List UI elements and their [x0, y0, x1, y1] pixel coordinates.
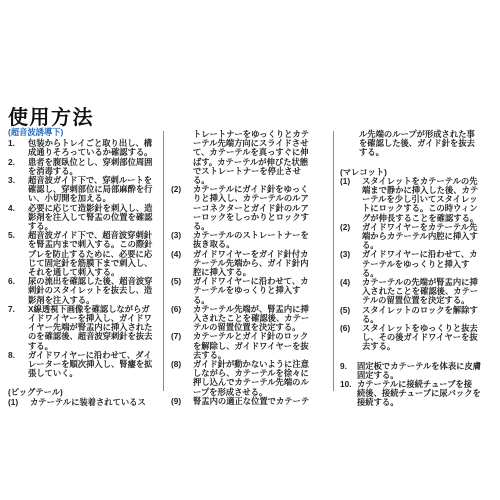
item-text: カテーテルに接続チューブを接 続後、接続チューブに尿バックを 接続する。 — [357, 380, 498, 408]
column-middle: トレートナーをゆっくりとカテ ーテル先端方向にスライドさせ て、カテーテルを真っ… — [171, 130, 329, 406]
continuation-text: ル先端のループが形成された事 を確認した後、ガイド針を抜去 する。 — [340, 130, 498, 158]
item-text: ガイドワイヤーに沿わせて、ダイ レーターを順次挿入し、腎瘻を拡 張していく。 — [28, 351, 166, 379]
instruction-item: (1) カテーテルに装着されているス — [8, 398, 166, 407]
item-text: 患者を腹臥位とし、穿刺部位周囲 を消毒する。 — [28, 158, 166, 176]
column-left: (超音波誘導下) 1. 包装からトレイごと取り出し、構 成通りそろっているか確認… — [8, 128, 166, 407]
item-text: ガイドワイヤーに沿わせて、カ テーテルをゆっくりと挿入す る。 — [193, 277, 329, 305]
item-number: (3) — [171, 231, 193, 240]
item-text: カテーテルにガイド針をゆっく りと挿入し、カテーテルのルア ーコネクターとガイド… — [193, 185, 329, 231]
item-number: 6. — [8, 277, 28, 286]
item-text: スタイレットをカテーテルの先 端まで静かに挿入した後、カテ ーテルを少し引いてス… — [362, 177, 498, 223]
instruction-item: 2. 患者を腹臥位とし、穿刺部位周囲 を消毒する。 — [8, 158, 166, 176]
item-number: (5) — [340, 306, 362, 315]
item-number: (1) — [8, 398, 30, 407]
item-number: 2. — [8, 158, 28, 167]
instruction-item: (3) ガイドワイヤーに沿わせて、カ テーテルをゆっくりと挿入す る。 — [340, 250, 498, 278]
item-text: 固定板でカテーテルを体表に皮膚 固定する。 — [357, 362, 498, 380]
item-number: 5. — [8, 231, 28, 240]
item-number: 3. — [8, 176, 28, 185]
item-text: 腎盂内の適正な位置でカテーテ — [193, 397, 329, 406]
instruction-item: (3) カテーテルのストレートナーを 抜き取る。 — [171, 231, 329, 249]
instruction-item: 5. 超音波ガイド下で、超音波穿刺針 を腎盂内まで刺入する。この際針 ブレを防止… — [8, 231, 166, 277]
instruction-item: (7) カテーテルとガイド針のロック を解除し、ガイドワイヤーを抜 去する。 — [171, 332, 329, 360]
instruction-item: (6) スタイレットをゆっくりと抜去 し、その後ガイドワイヤーを抜 去する。 — [340, 324, 498, 352]
item-text: 超音波ガイド下で、超音波穿刺針 を腎盂内まで刺入する。この際針 ブレを防止するた… — [28, 231, 166, 277]
item-number: (4) — [340, 278, 362, 287]
item-number: (2) — [171, 185, 193, 194]
item-text: ガイドワイヤーをカテーテル先 端からカテーテル内腔に挿入す る。 — [362, 223, 498, 251]
instruction-item: (9) 腎盂内の適正な位置でカテーテ — [171, 397, 329, 406]
instruction-item: 10. カテーテルに接続チューブを接 続後、接続チューブに尿バックを 接続する。 — [340, 380, 498, 408]
page-title: 使用方法 — [8, 101, 94, 130]
item-text: 必要に応じて造影針を刺入し、造 影剤を注入して腎盂の位置を確認 する。 — [28, 204, 166, 232]
item-text: スタイレットをゆっくりと抜去 し、その後ガイドワイヤーを抜 去する。 — [362, 324, 498, 352]
item-text: カテーテルのストレートナーを 抜き取る。 — [193, 231, 329, 249]
item-text: ガイド針が動かないように注意 しながら、カテーテルを徐々に 押し込んでカテーテル… — [193, 360, 329, 397]
column-divider-right — [333, 131, 334, 391]
item-text: ガイドワイヤーに沿わせて、カ テーテルをゆっくりと挿入す る。 — [362, 250, 498, 278]
item-number: (6) — [171, 305, 193, 314]
section-heading-ultrasound: (超音波誘導下) — [8, 128, 166, 137]
instruction-item: 7. X線透視下画像を確認しながらガ イドワイヤーを挿入し、ガイドワ イヤー先端… — [8, 305, 166, 351]
item-text: 尿の流出を確認した後、超音波穿 刺針のスタイレットを抜去し、造 影剤を注入する。 — [28, 277, 166, 305]
instruction-item: 8. ガイドワイヤーに沿わせて、ダイ レーターを順次挿入し、腎瘻を拡 張していく… — [8, 351, 166, 379]
item-text: スタイレットのロックを解除す る。 — [362, 306, 498, 324]
item-number: (6) — [340, 324, 362, 333]
item-number: 7. — [8, 305, 28, 314]
item-number: (9) — [171, 397, 193, 406]
item-number: (8) — [171, 360, 193, 369]
instruction-item: 6. 尿の流出を確認した後、超音波穿 刺針のスタイレットを抜去し、造 影剤を注入… — [8, 277, 166, 305]
item-number: 1. — [8, 139, 28, 148]
instruction-item: (4) カテーテルの先端が腎盂内に挿 入されたことを確認後、カテー テルの留置位… — [340, 278, 498, 306]
final-steps: 9. 固定板でカテーテルを体表に皮膚 固定する。 10. カテーテルに接続チュー… — [340, 362, 498, 408]
item-text: カテーテルの先端が腎盂内に挿 入されたことを確認後、カテー テルの留置位置を決定… — [362, 278, 498, 306]
instruction-item: (1) スタイレットをカテーテルの先 端まで静かに挿入した後、カテ ーテルを少し… — [340, 177, 498, 223]
instruction-item: (4) ガイドワイヤーをガイド針付カ テーテル先端から、ガイド針内 腔に挿入する… — [171, 250, 329, 278]
item-number: 8. — [8, 351, 28, 360]
item-text: ガイドワイヤーをガイド針付カ テーテル先端から、ガイド針内 腔に挿入する。 — [193, 250, 329, 278]
item-number: (3) — [340, 250, 362, 259]
instruction-item: 3. 超音波ガイド下で、穿刺ルートを 確認し、穿刺部位に局部麻酔を行 い、小切開… — [8, 176, 166, 204]
item-number: (1) — [340, 177, 362, 186]
item-text: X線透視下画像を確認しながらガ イドワイヤーを挿入し、ガイドワ イヤー先端が腎盂… — [28, 305, 166, 351]
instruction-item: 1. 包装からトレイごと取り出し、構 成通りそろっているか確認する。 — [8, 139, 166, 157]
instruction-item: 9. 固定板でカテーテルを体表に皮膚 固定する。 — [340, 362, 498, 380]
instruction-item: (2) ガイドワイヤーをカテーテル先 端からカテーテル内腔に挿入す る。 — [340, 223, 498, 251]
instruction-item: (2) カテーテルにガイド針をゆっく りと挿入し、カテーテルのルア ーコネクター… — [171, 185, 329, 231]
document-page: 使用方法 (超音波誘導下) 1. 包装からトレイごと取り出し、構 成通りそろって… — [0, 0, 500, 500]
item-number: 10. — [340, 380, 357, 389]
item-number: 4. — [8, 204, 28, 213]
instruction-item: (5) ガイドワイヤーに沿わせて、カ テーテルをゆっくりと挿入す る。 — [171, 277, 329, 305]
item-number: (2) — [340, 223, 362, 232]
item-text: 超音波ガイド下で、穿刺ルートを 確認し、穿刺部位に局部麻酔を行 い、小切開を加え… — [28, 176, 166, 204]
item-text: カテーテルとガイド針のロック を解除し、ガイドワイヤーを抜 去する。 — [193, 332, 329, 360]
item-number: 9. — [340, 362, 357, 371]
item-number: (7) — [171, 332, 193, 341]
item-number: (5) — [171, 277, 193, 286]
item-text: カテーテルに装着されているス — [30, 398, 166, 407]
instruction-item: (8) ガイド針が動かないように注意 しながら、カテーテルを徐々に 押し込んでカ… — [171, 360, 329, 397]
continuation-text: トレートナーをゆっくりとカテ ーテル先端方向にスライドさせ て、カテーテルを真っ… — [171, 130, 329, 185]
instruction-item: 4. 必要に応じて造影針を刺入し、造 影剤を注入して腎盂の位置を確認 する。 — [8, 204, 166, 232]
item-number: (4) — [171, 250, 193, 259]
item-text: 包装からトレイごと取り出し、構 成通りそろっているか確認する。 — [28, 139, 166, 157]
item-text: カテーテル先端が、腎盂内に挿 入されたことを確認後、カテー テルの留置位置を決定… — [193, 305, 329, 333]
instruction-item: (5) スタイレットのロックを解除す る。 — [340, 306, 498, 324]
instruction-item: (6) カテーテル先端が、腎盂内に挿 入されたことを確認後、カテー テルの留置位… — [171, 305, 329, 333]
column-right: ル先端のループが形成された事 を確認した後、ガイド針を抜去 する。 (マレコット… — [340, 130, 498, 408]
